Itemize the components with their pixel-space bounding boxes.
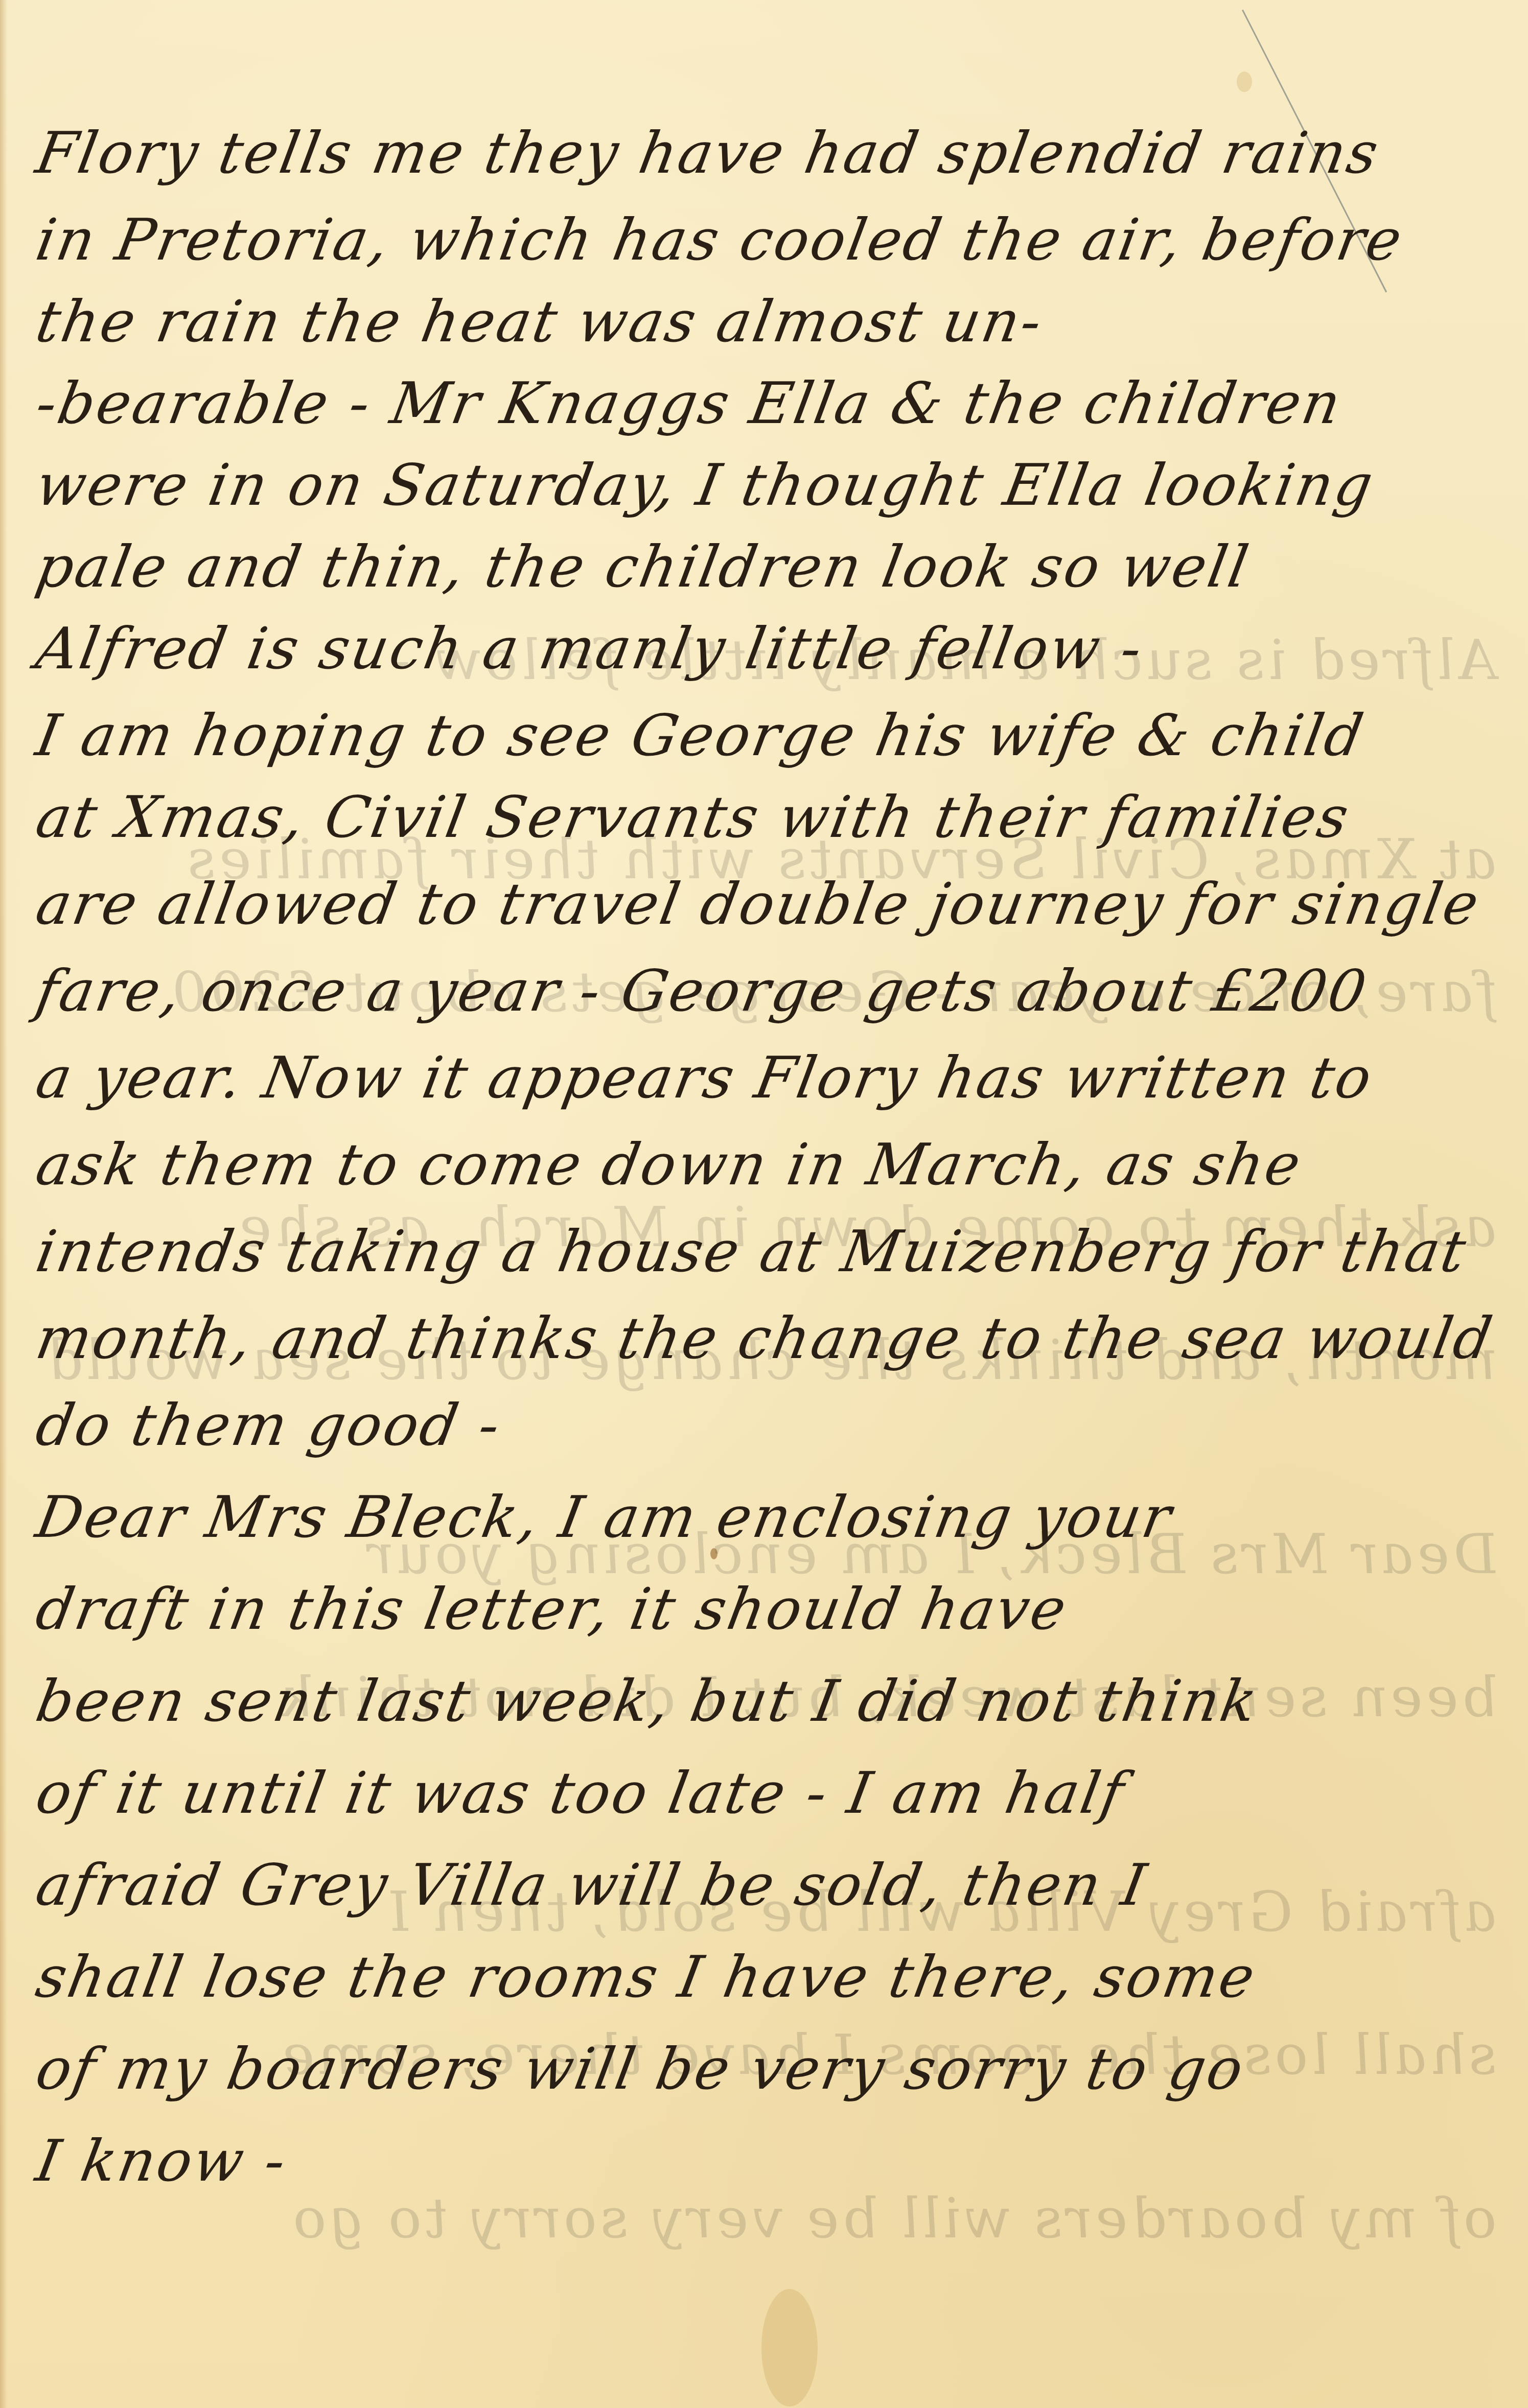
letter-line: pale and thin, the children look so well [31, 531, 1525, 603]
letter-line: -bearable - Mr Knaggs Ella & the childre… [31, 368, 1525, 439]
letter-line: shall lose the rooms I have there, some [31, 1942, 1525, 2013]
letter-line: were in on Saturday, I thought Ella look… [31, 450, 1525, 521]
letter-line: of it until it was too late - I am half [31, 1758, 1525, 1829]
letter-line: are allowed to travel double journey for… [31, 869, 1525, 940]
letter-line: Dear Mrs Bleck, I am enclosing your [31, 1482, 1525, 1553]
letter-line: draft in this letter, it should have [31, 1574, 1525, 1645]
letter-line: I know - [31, 2125, 1525, 2197]
letter-line: Alfred is such a manly little fellow - [31, 613, 1525, 685]
letter-line: at Xmas, Civil Servants with their famil… [31, 782, 1525, 853]
letter-line: in Pretoria, which has cooled the air, b… [31, 204, 1525, 276]
letter-line: a year. Now it appears Flory has written… [31, 1042, 1525, 1114]
letter-line: month, and thinks the change to the sea … [31, 1303, 1525, 1374]
letter-line: fare, once a year - George gets about £2… [31, 955, 1525, 1027]
letter-line: do them good - [31, 1390, 1525, 1461]
letter-line: afraid Grey Villa will be sold, then I [31, 1850, 1525, 1921]
letter-line: intends taking a house at Muizenberg for… [31, 1216, 1525, 1288]
letter-line: Flory tells me they have had splendid ra… [31, 118, 1525, 189]
letter-line: ask them to come down in March, as she [31, 1129, 1525, 1201]
letter-line: been sent last week, but I did not think [31, 1666, 1525, 1737]
letter-line: I am hoping to see George his wife & chi… [31, 700, 1525, 772]
letter-line: the rain the heat was almost un- [31, 286, 1525, 358]
letter-line: of my boarders will be very sorry to go [31, 2033, 1525, 2105]
